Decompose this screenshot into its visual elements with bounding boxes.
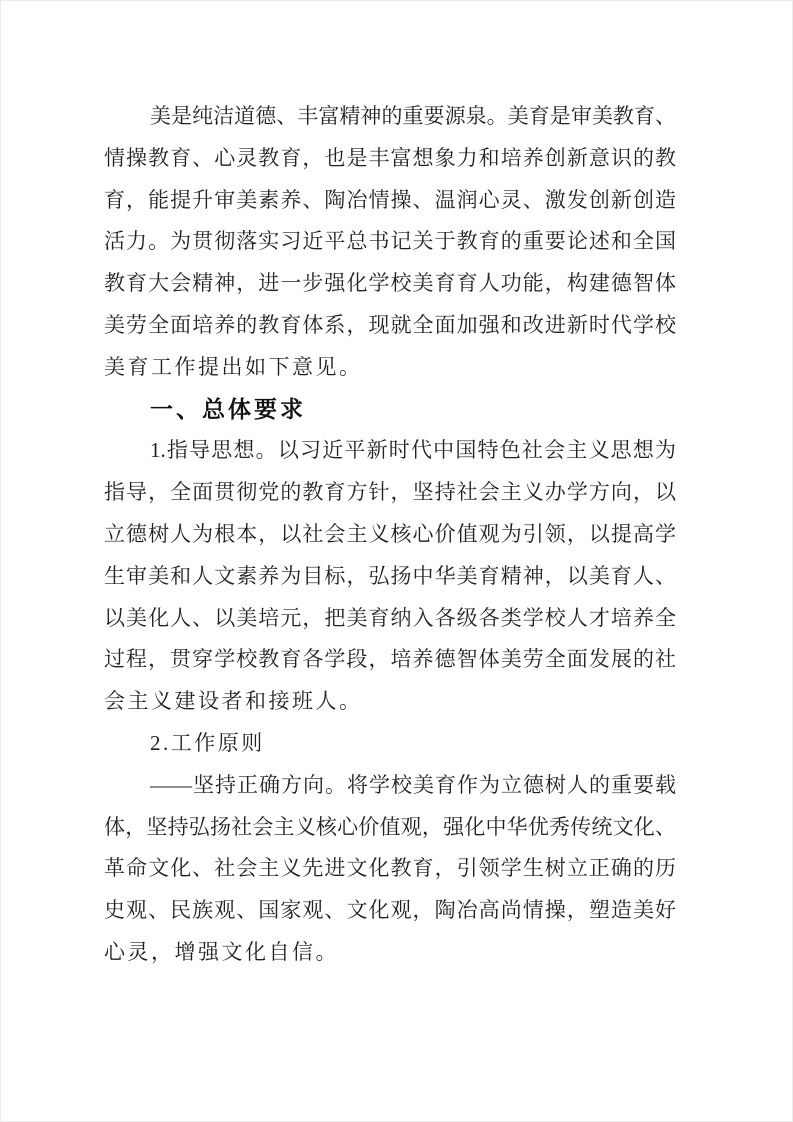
text-column: 美是纯洁道德、丰富精神的重要源泉。美育是审美教育、情操教育、心灵教育，也是丰富想… (104, 96, 676, 974)
text-line: 过程，贯穿学校教育各学段，培养德智体美劳全面发展的社 (104, 639, 676, 681)
text-line: ——坚持正确方向。将学校美育作为立德树人的重要载 (104, 765, 676, 807)
text-line: 育，能提升审美素养、陶冶情操、温润心灵、激发创新创造 (104, 180, 676, 222)
text-line: 美育工作提出如下意见。 (104, 347, 676, 389)
text-line: 体，坚持弘扬社会主义核心价值观，强化中华优秀传统文化、 (104, 807, 676, 849)
text-line: 情操教育、心灵教育，也是丰富想象力和培养创新意识的教 (104, 138, 676, 180)
text-line: 活力。为贯彻落实习近平总书记关于教育的重要论述和全国 (104, 221, 676, 263)
text-line: 心灵，增强文化自信。 (104, 932, 676, 974)
text-line: 会主义建设者和接班人。 (104, 681, 676, 723)
text-line: 美劳全面培养的教育体系，现就全面加强和改进新时代学校 (104, 305, 676, 347)
text-line: 2.工作原则 (104, 723, 676, 765)
text-line: 革命文化、社会主义先进文化教育，引领学生树立正确的历 (104, 848, 676, 890)
text-line: 美是纯洁道德、丰富精神的重要源泉。美育是审美教育、 (104, 96, 676, 138)
text-line: 教育大会精神，进一步强化学校美育育人功能，构建德智体 (104, 263, 676, 305)
text-line: 以美化人、以美培元，把美育纳入各级各类学校人才培养全 (104, 598, 676, 640)
text-line: 1.指导思想。以习近平新时代中国特色社会主义思想为 (104, 430, 676, 472)
document-page: 美是纯洁道德、丰富精神的重要源泉。美育是审美教育、情操教育、心灵教育，也是丰富想… (0, 0, 793, 1122)
text-line: 生审美和人文素养为目标，弘扬中华美育精神，以美育人、 (104, 556, 676, 598)
text-line: 指导，全面贯彻党的教育方针，坚持社会主义办学方向，以 (104, 472, 676, 514)
text-line: 史观、民族观、国家观、文化观，陶冶高尚情操，塑造美好 (104, 890, 676, 932)
text-line: 立德树人为根本，以社会主义核心价值观为引领，以提高学 (104, 514, 676, 556)
section-heading: 一、总体要求 (104, 389, 676, 431)
